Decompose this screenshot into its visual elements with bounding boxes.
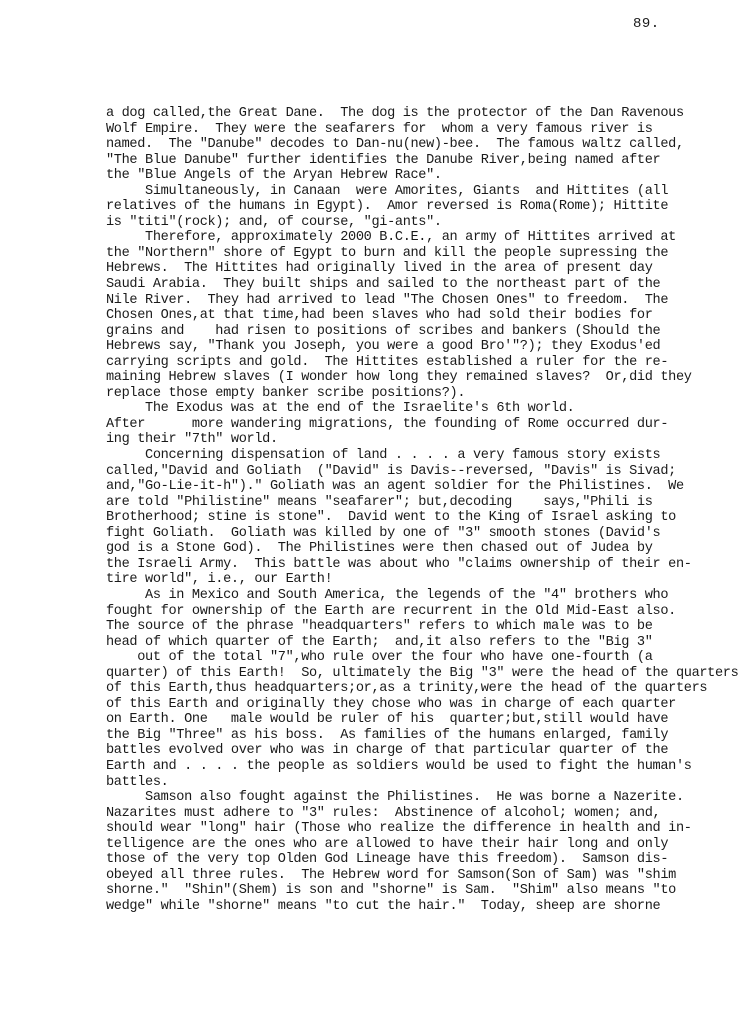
text-line: god is a Stone God). The Philistines wer…	[106, 541, 706, 557]
text-line: As in Mexico and South America, the lege…	[106, 588, 706, 604]
text-line: Hebrews say, "Thank you Joseph, you were…	[106, 339, 706, 355]
text-line: the Israeli Army. This battle was about …	[106, 557, 706, 573]
text-line: called,"David and Goliath ("David" is Da…	[106, 464, 706, 480]
text-line: replace those empty banker scribe positi…	[106, 386, 706, 402]
text-line: grains and had risen to positions of scr…	[106, 324, 706, 340]
text-line: and,"Go-Lie-it-h")." Goliath was an agen…	[106, 479, 706, 495]
text-line: the "Blue Angels of the Aryan Hebrew Rac…	[106, 168, 706, 184]
text-line: should wear "long" hair (Those who reali…	[106, 821, 706, 837]
text-line: Wolf Empire. They were the seafarers for…	[106, 122, 706, 138]
text-line: Hebrews. The Hittites had originally liv…	[106, 261, 706, 277]
text-line: maining Hebrew slaves (I wonder how long…	[106, 370, 706, 386]
text-line: the "Northern" shore of Egypt to burn an…	[106, 246, 706, 262]
text-line: Saudi Arabia. They built ships and saile…	[106, 277, 706, 293]
text-line: wedge" while "shorne" means "to cut the …	[106, 899, 706, 915]
text-line: quarter) of this Earth! So, ultimately t…	[106, 666, 706, 682]
text-line: named. The "Danube" decodes to Dan-nu(ne…	[106, 137, 706, 153]
text-line: Nile River. They had arrived to lead "Th…	[106, 293, 706, 309]
text-line: Nazarites must adhere to "3" rules: Abst…	[106, 806, 706, 822]
text-line: relatives of the humans in Egypt). Amor …	[106, 199, 706, 215]
text-line: Samson also fought against the Philistin…	[106, 790, 706, 806]
text-line: on Earth. One male would be ruler of his…	[106, 712, 706, 728]
text-line: Chosen Ones,at that time,had been slaves…	[106, 308, 706, 324]
text-line: the Big "Three" as his boss. As families…	[106, 728, 706, 744]
text-line: obeyed all three rules. The Hebrew word …	[106, 868, 706, 884]
text-line: is "titi"(rock); and, of course, "gi-ant…	[106, 215, 706, 231]
page-number: 89.	[633, 16, 660, 32]
text-line: tire world", i.e., our Earth!	[106, 572, 706, 588]
text-line: battles evolved over who was in charge o…	[106, 743, 706, 759]
text-line: Earth and . . . . the people as soldiers…	[106, 759, 706, 775]
text-line: out of the total "7",who rule over the f…	[106, 650, 706, 666]
text-line: of this Earth and originally they chose …	[106, 697, 706, 713]
text-line: After more wandering migrations, the fou…	[106, 417, 706, 433]
text-line: "The Blue Danube" further identifies the…	[106, 153, 706, 169]
body-text: a dog called,the Great Dane. The dog is …	[106, 106, 706, 914]
text-line: are told "Philistine" means "seafarer"; …	[106, 495, 706, 511]
text-line: of this Earth,thus headquarters;or,as a …	[106, 681, 706, 697]
text-line: head of which quarter of the Earth; and,…	[106, 635, 706, 651]
text-line: telligence are the ones who are allowed …	[106, 837, 706, 853]
text-line: Simultaneously, in Canaan were Amorites,…	[106, 184, 706, 200]
text-line: The source of the phrase "headquarters" …	[106, 619, 706, 635]
text-line: Brotherhood; stine is stone". David went…	[106, 510, 706, 526]
text-line: battles.	[106, 775, 706, 791]
text-line: fight Goliath. Goliath was killed by one…	[106, 526, 706, 542]
text-line: Concerning dispensation of land . . . . …	[106, 448, 706, 464]
text-line: a dog called,the Great Dane. The dog is …	[106, 106, 706, 122]
text-line: Therefore, approximately 2000 B.C.E., an…	[106, 230, 706, 246]
text-line: ing their "7th" world.	[106, 432, 706, 448]
text-line: shorne." "Shin"(Shem) is son and "shorne…	[106, 883, 706, 899]
text-line: those of the very top Olden God Lineage …	[106, 852, 706, 868]
text-line: fought for ownership of the Earth are re…	[106, 604, 706, 620]
text-line: carrying scripts and gold. The Hittites …	[106, 355, 706, 371]
text-line: The Exodus was at the end of the Israeli…	[106, 401, 706, 417]
